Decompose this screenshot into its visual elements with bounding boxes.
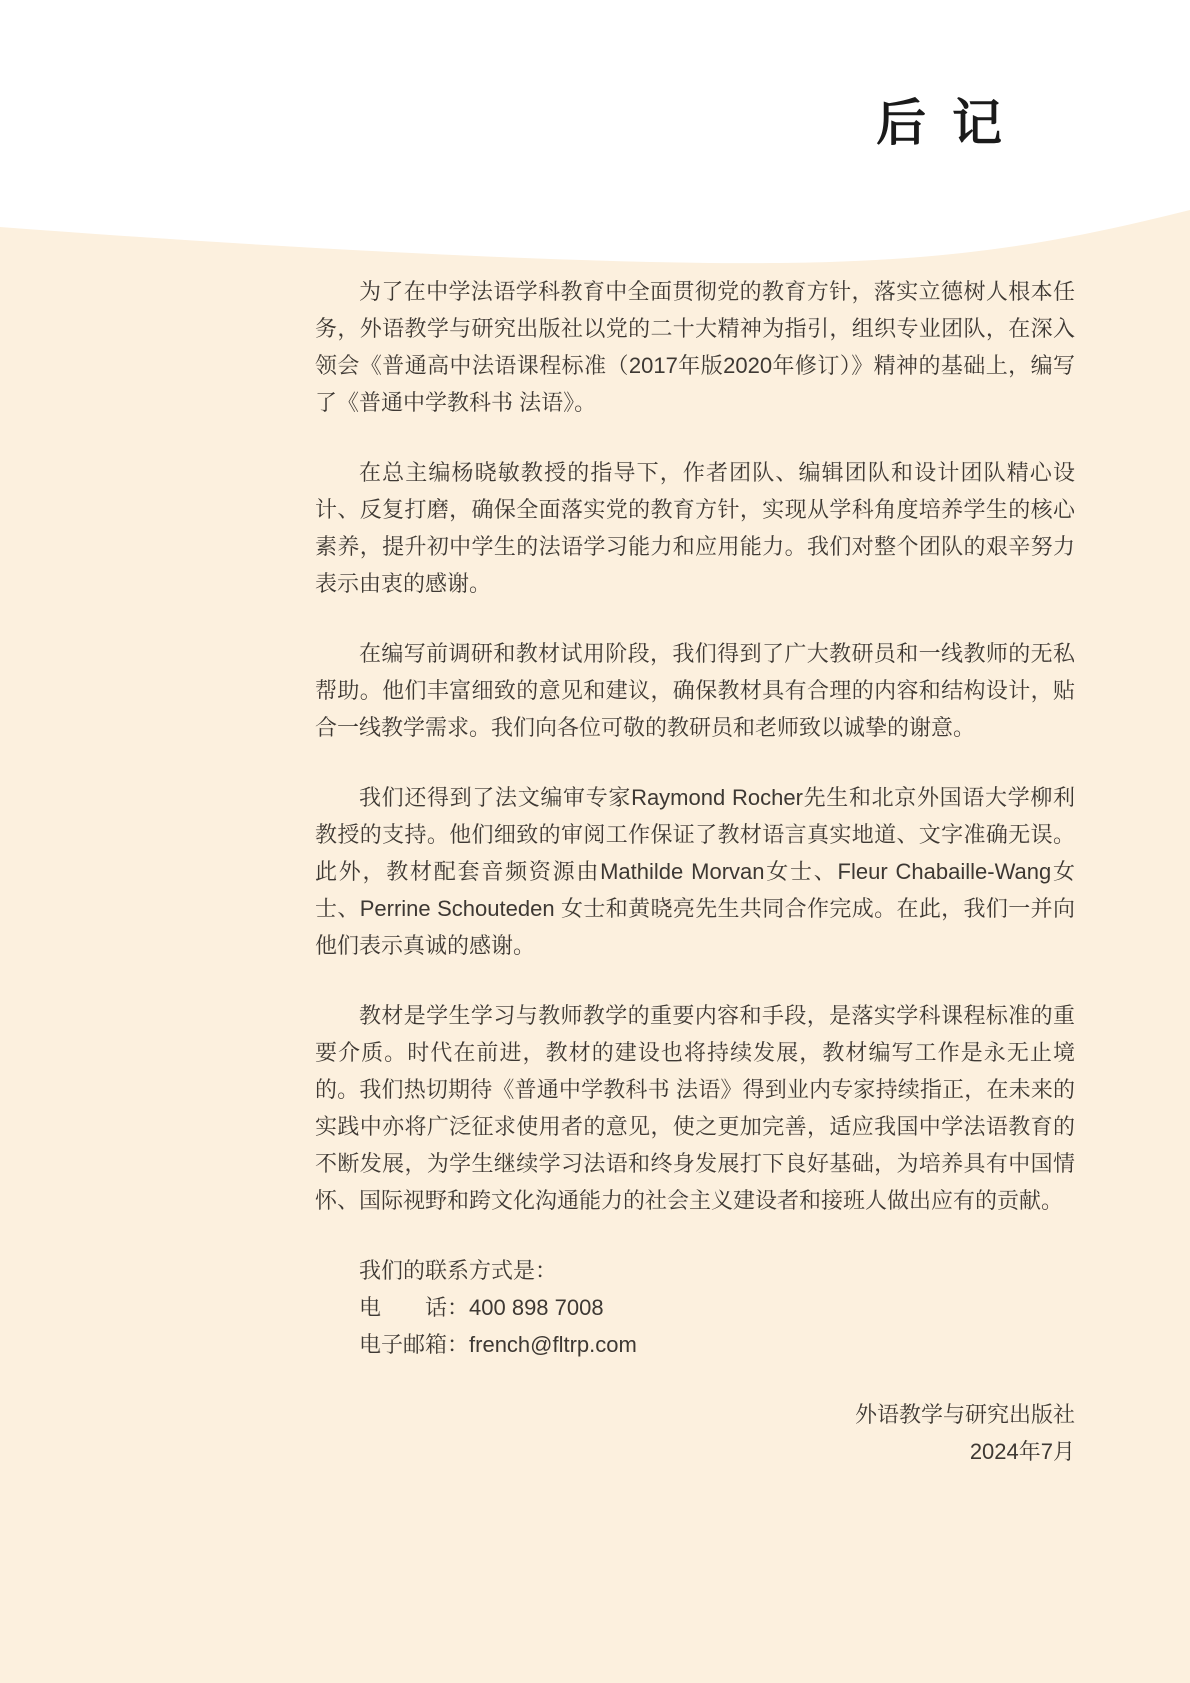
contact-email-line: 电子邮箱：french@fltrp.com <box>315 1326 1075 1363</box>
paragraph-3: 在编写前调研和教材试用阶段，我们得到了广大教研员和一线教师的无私帮助。他们丰富细… <box>315 635 1075 746</box>
afterword-page: 后 记 为了在中学法语学科教育中全面贯彻党的教育方针，落实立德树人根本任务，外语… <box>0 0 1190 1683</box>
afterword-body: 为了在中学法语学科教育中全面贯彻党的教育方针，落实立德树人根本任务，外语教学与研… <box>315 273 1075 1470</box>
contact-phone-line: 电 话：400 898 7008 <box>315 1289 1075 1326</box>
publisher-name: 外语教学与研究出版社 <box>315 1396 1075 1433</box>
phone-label: 电 话： <box>359 1295 469 1320</box>
publication-date: 2024年7月 <box>315 1433 1075 1470</box>
wave-divider <box>0 205 1190 265</box>
signature-block: 外语教学与研究出版社 2024年7月 <box>315 1396 1075 1470</box>
paragraph-1: 为了在中学法语学科教育中全面贯彻党的教育方针，落实立德树人根本任务，外语教学与研… <box>315 273 1075 421</box>
contact-intro: 我们的联系方式是： <box>315 1252 1075 1289</box>
email-label: 电子邮箱： <box>359 1332 469 1357</box>
paragraph-4: 我们还得到了法文编审专家Raymond Rocher先生和北京外国语大学柳利教授… <box>315 779 1075 964</box>
phone-value: 400 898 7008 <box>469 1295 604 1320</box>
email-value: french@fltrp.com <box>469 1332 637 1357</box>
paragraph-2: 在总主编杨晓敏教授的指导下，作者团队、编辑团队和设计团队精心设计、反复打磨，确保… <box>315 454 1075 602</box>
page-title: 后 记 <box>876 92 1008 154</box>
paragraph-5: 教材是学生学习与教师教学的重要内容和手段，是落实学科课程标准的重要介质。时代在前… <box>315 997 1075 1219</box>
